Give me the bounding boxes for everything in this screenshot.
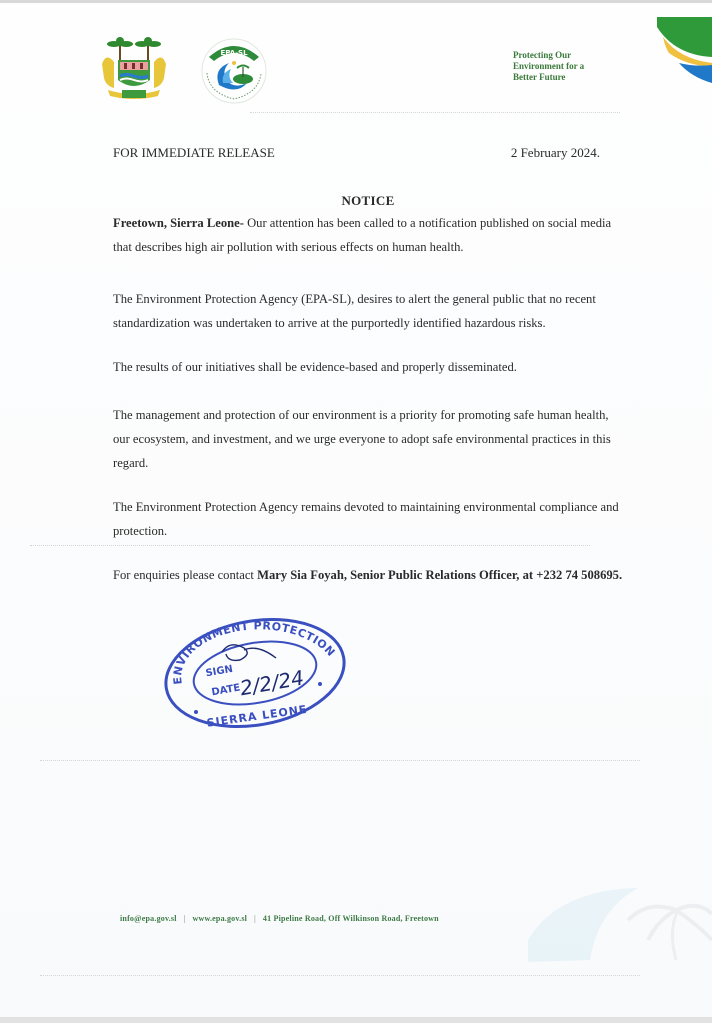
footer-contact: info@epa.gov.sl|www.epa.gov.sl|41 Pipeli… bbox=[120, 914, 439, 923]
official-stamp-icon: ENVIRONMENT PROTECTION AGENCY SIERRA LEO… bbox=[160, 614, 350, 732]
watermark-wave-palm-icon bbox=[528, 870, 712, 990]
footer-email[interactable]: info@epa.gov.sl bbox=[120, 914, 177, 923]
stamp-handwritten-date: 2/2/24 bbox=[238, 665, 306, 700]
dateline: Freetown, Sierra Leone- bbox=[113, 216, 244, 230]
footer-separator: | bbox=[184, 914, 186, 923]
scan-top-edge bbox=[0, 0, 712, 3]
release-label: FOR IMMEDIATE RELEASE bbox=[113, 145, 275, 161]
release-date: 2 February 2024. bbox=[511, 145, 600, 161]
epa-sl-logo-icon: EPA-SL bbox=[199, 37, 269, 105]
paragraph-enquiries: For enquiries please contact Mary Sia Fo… bbox=[113, 563, 623, 587]
brand-corner-graphic-icon bbox=[655, 15, 712, 85]
paragraph-results: The results of our initiatives shall be … bbox=[113, 355, 623, 379]
footer-address: 41 Pipeline Road, Off Wilkinson Road, Fr… bbox=[263, 914, 439, 923]
tagline-line: Protecting Our bbox=[513, 50, 623, 61]
tagline-line: Better Future bbox=[513, 72, 623, 83]
tagline-line: Environment for a bbox=[513, 61, 623, 72]
paragraph-alert: The Environment Protection Agency (EPA-S… bbox=[113, 287, 623, 335]
stamp-date-label: DATE bbox=[211, 682, 242, 698]
enquiries-prefix: For enquiries please contact bbox=[113, 568, 257, 582]
paragraph-intro: Freetown, Sierra Leone- Our attention ha… bbox=[113, 211, 623, 259]
footer-website[interactable]: www.epa.gov.sl bbox=[192, 914, 247, 923]
scan-artifact-line bbox=[30, 545, 590, 547]
footer-separator: | bbox=[254, 914, 256, 923]
notice-title: NOTICE bbox=[0, 193, 712, 209]
document-page: EPA-SL Protecting Our Environment for a … bbox=[0, 0, 712, 1023]
paragraph-commitment: The Environment Protection Agency remain… bbox=[113, 495, 623, 543]
paragraph-management: The management and protection of our env… bbox=[113, 403, 623, 475]
contact-details: Mary Sia Foyah, Senior Public Relations … bbox=[257, 568, 622, 582]
epa-logo-text: EPA-SL bbox=[220, 49, 248, 57]
tagline: Protecting Our Environment for a Better … bbox=[513, 50, 623, 83]
scan-artifact-line bbox=[40, 760, 640, 762]
scan-bottom-edge bbox=[0, 1017, 712, 1023]
scan-artifact-line bbox=[250, 112, 620, 114]
coat-of-arms-icon bbox=[100, 36, 168, 102]
signature-icon bbox=[222, 645, 276, 661]
stamp-sign-label: SIGN bbox=[205, 664, 234, 680]
